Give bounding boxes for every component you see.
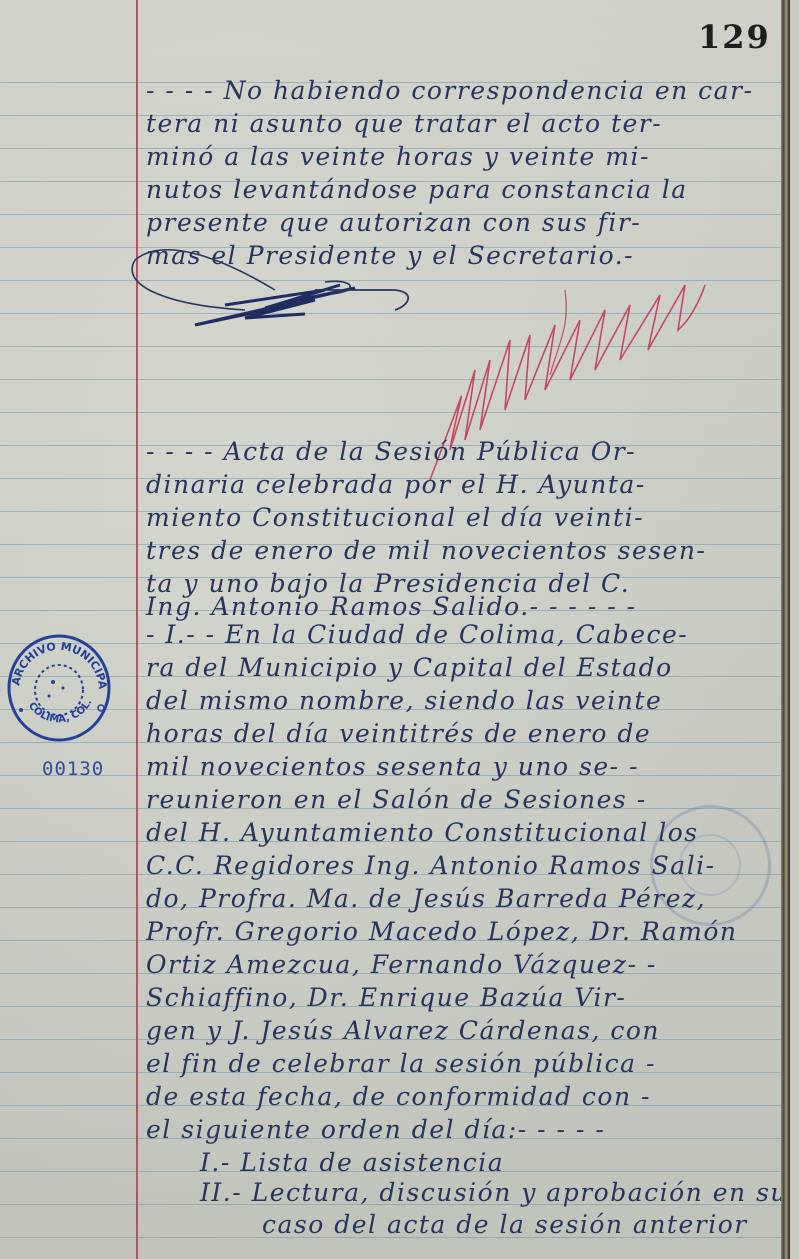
body-line-13: gen y J. Jesús Alvarez Cárdenas, con [146,1016,660,1045]
book-binding-edge [781,0,790,1259]
closing-line-2: tera ni asunto que tratar el acto ter- [146,109,662,138]
body-line-10: Profr. Gregorio Macedo López, Dr. Ramón [146,917,738,946]
heading-line-4: tres de enero de mil novecientos sesen- [146,536,706,565]
body-line-12: Schiaffino, Dr. Enrique Bazúa Vir- [146,983,626,1012]
closing-line-4: nutos levantándose para constancia la [146,175,688,204]
body-line-14: el fin de celebrar la sesión pública - [146,1049,656,1078]
body-line-5: mil novecientos sesenta y uno se- - [146,752,639,781]
body-line-6: reunieron en el Salón de Sesiones - [146,785,647,814]
svg-text:ARCHIVO MUNICIPAL: ARCHIVO MUNICIPAL [5,632,109,690]
agenda-item-1: I.- Lista de asistencia [200,1148,504,1177]
bleed-through-stamp [650,805,771,926]
margin-line [136,0,138,1259]
closing-line-1: - - - - No habiendo correspondencia en c… [146,76,753,105]
heading-line-6: Ing. Antonio Ramos Salido.- - - - - - [146,592,637,621]
svg-text:COLIMA, COL.: COLIMA, COL. [26,697,95,725]
archive-number: 00130 [42,758,104,780]
body-line-4: horas del día veintitrés de enero de [146,719,651,748]
archive-stamp: ARCHIVO MUNICIPAL COLIMA, COL. [5,632,113,744]
body-line-3: del mismo nombre, siendo las veinte [146,686,662,715]
heading-line-3: miento Constitucional el día veinti- [146,503,644,532]
body-line-7: del H. Ayuntamiento Constitucional los [146,818,699,847]
page-number: 129 [698,18,771,56]
body-line-2: ra del Municipio y Capital del Estado [146,653,673,682]
ledger-page: 129 - - - - No habiendo correspondencia … [0,0,790,1259]
body-line-16: el siguiente orden del día:- - - - - [146,1115,605,1144]
body-line-11: Ortiz Amezcua, Fernando Vázquez- - [146,950,657,979]
body-line-9: do, Profra. Ma. de Jesús Barreda Pérez, [146,884,706,913]
body-line-1: - I.- - En la Ciudad de Colima, Cabece- [146,620,688,649]
heading-line-1: - - - - Acta de la Sesión Pública Or- [146,437,636,466]
heading-line-2: dinaria celebrada por el H. Ayunta- [146,470,646,499]
agenda-item-2: II.- Lectura, discusión y aprobación en … [200,1178,788,1207]
agenda-item-2-continuation: caso del acta de la sesión anterior [262,1210,748,1239]
body-line-15: de esta fecha, de conformidad con - [146,1082,651,1111]
bleed-through-stamp-inner [679,834,741,896]
body-line-8: C.C. Regidores Ing. Antonio Ramos Sali- [146,851,716,880]
closing-line-3: minó a las veinte horas y veinte mi- [146,142,650,171]
stamp-seal-icon: ARCHIVO MUNICIPAL COLIMA, COL. [5,632,113,744]
president-signature [125,230,425,340]
